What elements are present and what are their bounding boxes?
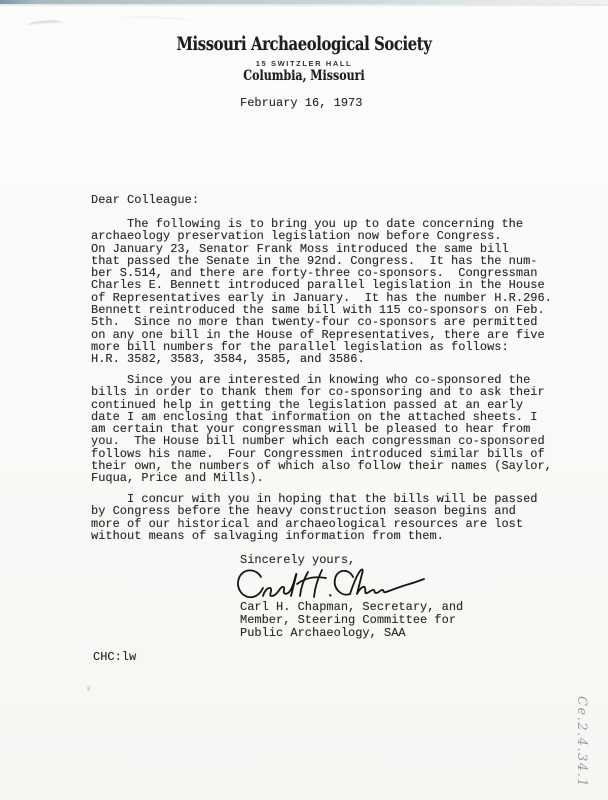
letterhead-address: 15 SWITZLER HALL <box>0 59 608 68</box>
body-paragraph-3: I concur with you in hoping that the bil… <box>91 493 537 542</box>
reference-initials: CHC:lw <box>93 651 136 663</box>
body-paragraph-2: Since you are interested in knowing who … <box>91 374 552 485</box>
organization-name: Missouri Archaeological Society <box>67 33 541 55</box>
body-paragraph-1: The following is to bring you up to date… <box>91 218 552 366</box>
scan-edge-shadow <box>0 4 608 7</box>
pencil-smudge <box>28 20 62 29</box>
pencil-smudge-faint <box>120 16 190 23</box>
letterhead-city: Columbia, Missouri <box>55 68 554 84</box>
catalog-annotation: Ce.2.4.34.1 <box>574 696 589 796</box>
letter-page: Missouri Archaeological Society 15 SWITZ… <box>0 0 608 800</box>
pink-ink-speck <box>87 686 90 691</box>
salutation: Dear Colleague: <box>91 194 199 206</box>
date-line: February 16, 1973 <box>240 97 362 109</box>
signer-block: Carl H. Chapman, Secretary, and Member, … <box>240 601 463 640</box>
